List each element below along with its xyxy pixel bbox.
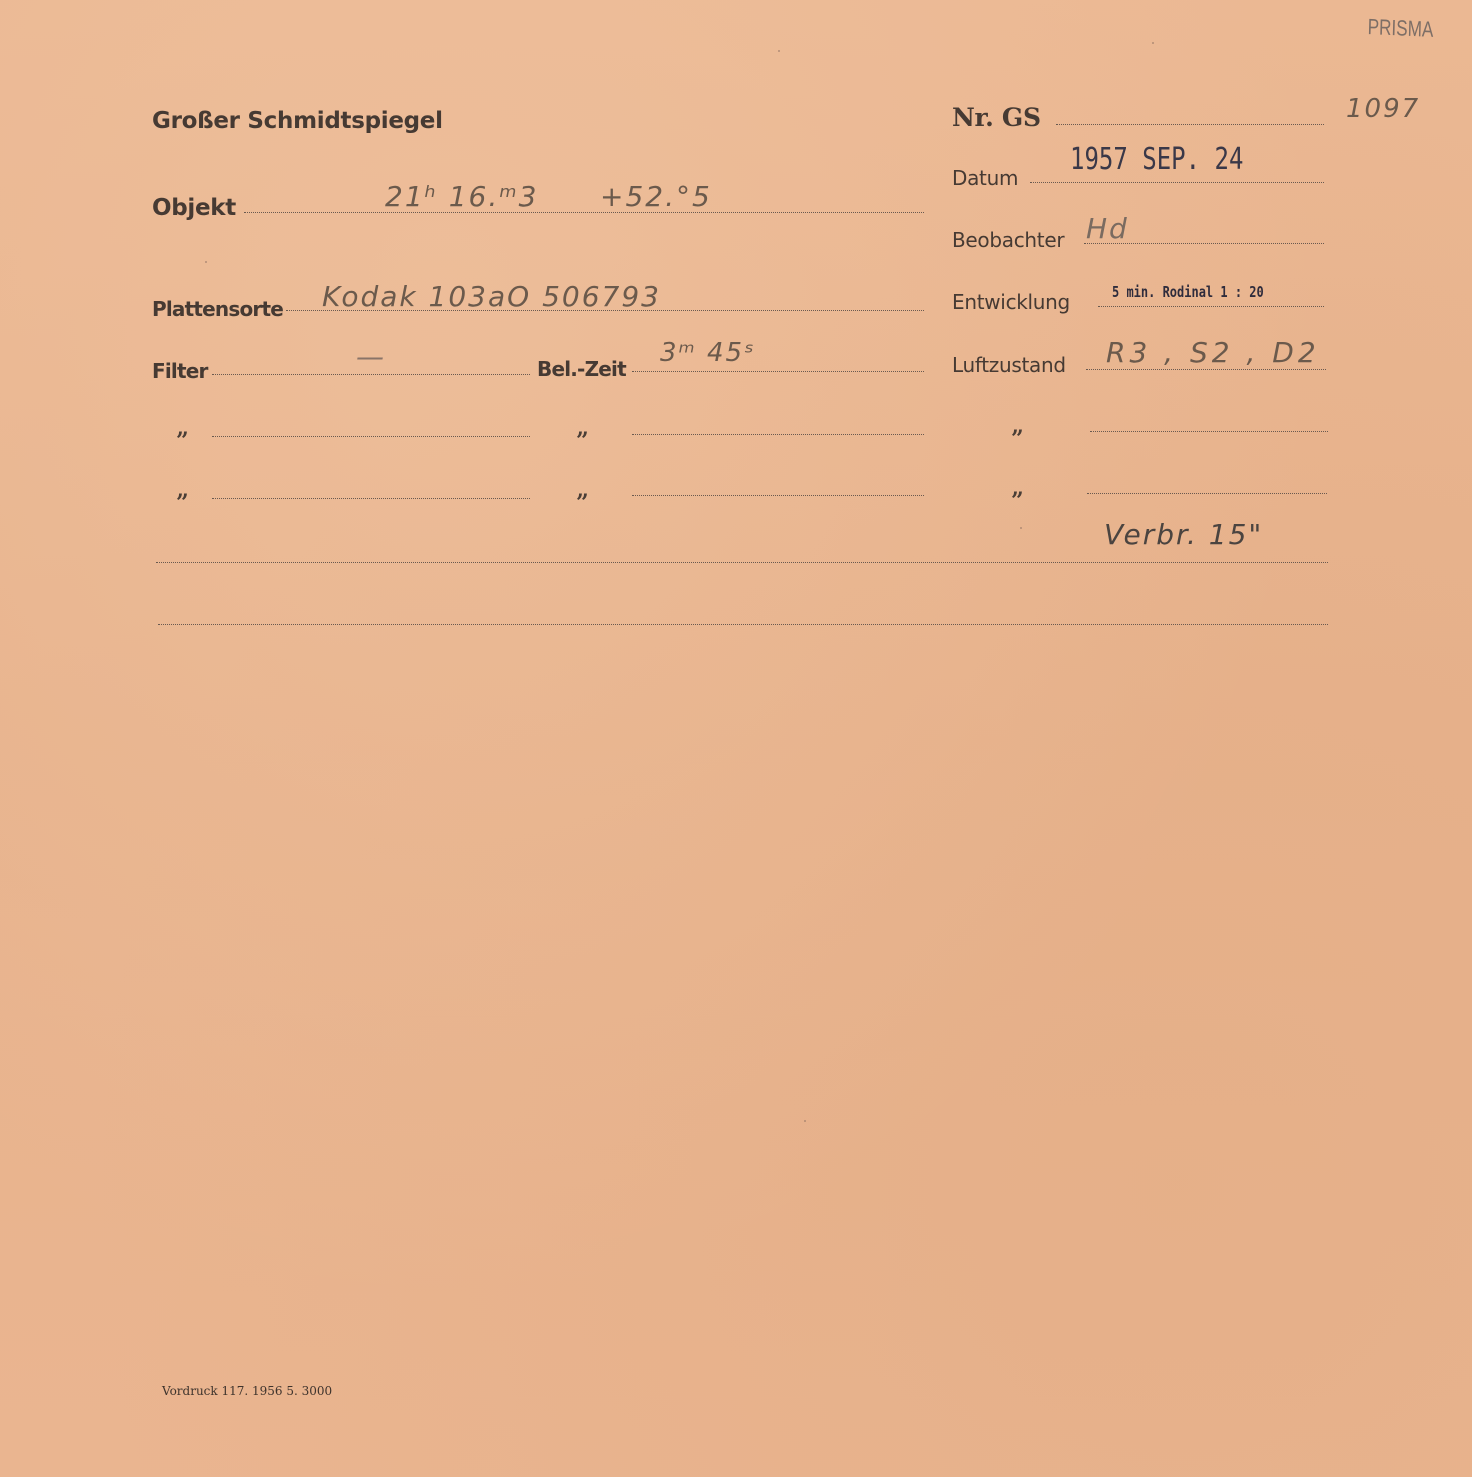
bel-zeit-line-3 xyxy=(632,495,924,496)
remark-value[interactable]: Verbr. 15" xyxy=(1104,518,1263,551)
filter-label: Filter xyxy=(152,359,208,383)
plattensorte-value[interactable]: Kodak 103aO 506793 xyxy=(322,280,661,313)
form-footer: Vordruck 117. 1956 5. 3000 xyxy=(162,1384,332,1398)
luftzustand-line-2 xyxy=(1090,431,1328,432)
filter-value[interactable]: — xyxy=(356,340,386,373)
luftzustand-line-3 xyxy=(1087,493,1327,494)
beobachter-label: Beobachter xyxy=(952,228,1064,252)
luftzustand-label: Luftzustand xyxy=(952,353,1066,377)
objekt-label: Objekt xyxy=(152,195,236,221)
ditto-mark-luftzustand-1: ” xyxy=(1011,426,1024,452)
objekt-dec-value[interactable]: +52.°5 xyxy=(600,180,712,213)
paper-speck xyxy=(1020,527,1022,529)
paper-speck xyxy=(205,261,207,263)
ditto-mark-bel-zeit-2: ” xyxy=(576,490,589,516)
ditto-mark-bel-zeit-1: ” xyxy=(576,428,589,454)
luftzustand-value[interactable]: R3 , S2 , D2 xyxy=(1106,336,1320,369)
luftzustand-line xyxy=(1086,369,1326,370)
form-title: Großer Schmidtspiegel xyxy=(152,108,443,134)
datum-line xyxy=(1030,182,1324,183)
bel-zeit-line xyxy=(632,371,924,372)
beobachter-value[interactable]: Hd xyxy=(1086,212,1129,245)
objekt-ra-value[interactable]: 21ʰ 16.ᵐ3 xyxy=(385,180,539,213)
entwicklung-label: Entwicklung xyxy=(952,290,1070,314)
nr-gs-value[interactable]: 1097 xyxy=(1346,94,1420,124)
filter-line xyxy=(212,374,530,375)
bel-zeit-label: Bel.-Zeit xyxy=(537,357,626,381)
datum-value[interactable]: 1957 SEP. 24 xyxy=(1070,142,1243,177)
objekt-line xyxy=(244,212,924,213)
bel-zeit-value[interactable]: 3ᵐ 45ˢ xyxy=(660,338,756,368)
remarks-line-1 xyxy=(156,562,1328,563)
plattensorte-label: Plattensorte xyxy=(152,297,283,321)
ditto-mark-luftzustand-2: ” xyxy=(1011,488,1024,514)
ditto-mark-filter-2: ” xyxy=(176,490,189,516)
ditto-mark-filter-1: ” xyxy=(176,428,189,454)
filter-line-2 xyxy=(212,436,530,437)
entwicklung-line xyxy=(1098,306,1324,307)
bel-zeit-line-2 xyxy=(632,434,924,435)
datum-label: Datum xyxy=(952,166,1018,190)
nr-gs-line xyxy=(1056,124,1324,125)
nr-gs-label: Nr. GS xyxy=(952,103,1041,132)
remarks-line-2 xyxy=(158,624,1328,625)
paper-speck xyxy=(804,1120,806,1122)
paper-speck xyxy=(1152,42,1154,44)
entwicklung-value[interactable]: 5 min. Rodinal 1 : 20 xyxy=(1112,283,1264,301)
prisma-stamp: PRISMA xyxy=(1367,14,1433,43)
paper-speck xyxy=(778,50,780,52)
filter-line-3 xyxy=(212,498,530,499)
